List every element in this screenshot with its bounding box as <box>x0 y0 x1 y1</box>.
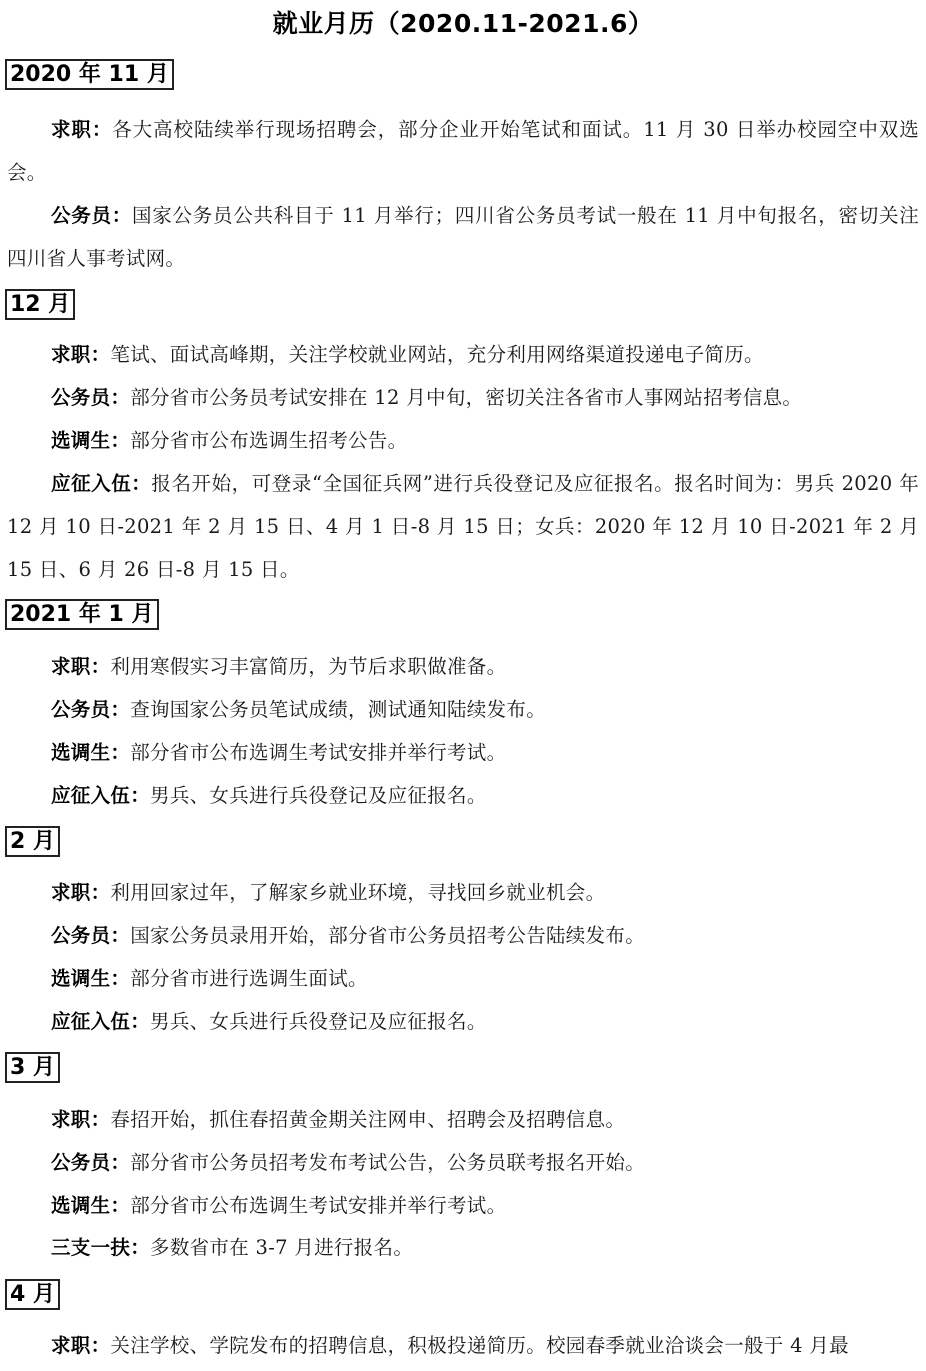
entry-text: 部分省市公布选调生考试安排并举行考试。 <box>130 1194 506 1217</box>
entry-label: 求职： <box>51 655 110 678</box>
entry-three-supports-one-aid: 三支一扶：多数省市在 3-7 月进行报名。 <box>7 1226 919 1269</box>
entry-text: 部分省市公务员招考发布考试公告，公务员联考报名开始。 <box>130 1151 645 1174</box>
month-heading-02: 2 月 <box>5 826 60 857</box>
entry-label: 求职： <box>51 881 110 904</box>
entry-text: 部分省市进行选调生面试。 <box>130 967 368 990</box>
entry-civil-servant: 公务员：查询国家公务员笔试成绩，测试通知陆续发布。 <box>7 688 919 731</box>
entry-text: 部分省市公务员考试安排在 12 月中旬，密切关注各省市人事网站招考信息。 <box>130 386 802 409</box>
entry-text: 查询国家公务员笔试成绩，测试通知陆续发布。 <box>130 698 546 721</box>
entry-text: 春招开始，抓住春招黄金期关注网申、招聘会及招聘信息。 <box>110 1108 625 1131</box>
entry-job-seeking: 求职：利用回家过年，了解家乡就业环境，寻找回乡就业机会。 <box>7 871 919 914</box>
entry-label: 选调生： <box>51 1194 130 1217</box>
entry-label: 应征入伍： <box>51 784 150 807</box>
entry-label: 三支一扶： <box>51 1236 150 1259</box>
entry-label: 求职： <box>51 1108 110 1131</box>
entry-text: 关注学校、学院发布的招聘信息，积极投递简历。校园春季就业洽谈会一般于 4 月最 <box>110 1334 849 1357</box>
entry-selected-graduate: 选调生：部分省市公布选调生考试安排并举行考试。 <box>7 731 919 774</box>
entry-label: 选调生： <box>51 741 130 764</box>
month-heading-03: 3 月 <box>5 1052 60 1083</box>
entry-text: 部分省市公布选调生考试安排并举行考试。 <box>130 741 506 764</box>
entry-enlistment: 应征入伍：男兵、女兵进行兵役登记及应征报名。 <box>7 774 919 817</box>
entry-job-seeking: 求职：各大高校陆续举行现场招聘会，部分企业开始笔试和面试。11 月 30 日举办… <box>7 108 919 194</box>
entry-text: 利用回家过年，了解家乡就业环境，寻找回乡就业机会。 <box>110 881 605 904</box>
entry-label: 公务员： <box>51 204 132 227</box>
entry-enlistment: 应征入伍：报名开始，可登录“全国征兵网”进行兵役登记及应征报名。报名时间为：男兵… <box>7 462 919 591</box>
entry-text: 各大高校陆续举行现场招聘会，部分企业开始笔试和面试。11 月 30 日举办校园空… <box>7 118 919 184</box>
entry-label: 应征入伍： <box>51 472 151 495</box>
entry-selected-graduate: 选调生：部分省市进行选调生面试。 <box>7 957 919 1000</box>
entry-text: 男兵、女兵进行兵役登记及应征报名。 <box>150 1010 487 1033</box>
entry-enlistment: 应征入伍：男兵、女兵进行兵役登记及应征报名。 <box>7 1000 919 1043</box>
entry-label: 求职： <box>51 118 112 141</box>
entry-label: 公务员： <box>51 1151 130 1174</box>
document-title: 就业月历（2020.11-2021.6） <box>0 6 926 42</box>
entry-civil-servant: 公务员：部分省市公务员招考发布考试公告，公务员联考报名开始。 <box>7 1141 919 1184</box>
entry-civil-servant: 公务员：国家公务员录用开始，部分省市公务员招考公告陆续发布。 <box>7 914 919 957</box>
entry-text: 利用寒假实习丰富简历，为节后求职做准备。 <box>110 655 506 678</box>
month-heading-12: 12 月 <box>5 289 75 320</box>
month-heading-2020-11: 2020 年 11 月 <box>5 59 174 90</box>
entry-label: 选调生： <box>51 429 130 452</box>
entry-text: 男兵、女兵进行兵役登记及应征报名。 <box>150 784 487 807</box>
entry-label: 公务员： <box>51 698 130 721</box>
entry-job-seeking: 求职：利用寒假实习丰富简历，为节后求职做准备。 <box>7 645 919 688</box>
entry-civil-servant: 公务员：国家公务员公共科目于 11 月举行；四川省公务员考试一般在 11 月中旬… <box>7 194 919 280</box>
entry-text: 多数省市在 3-7 月进行报名。 <box>150 1236 413 1259</box>
entry-label: 公务员： <box>51 924 130 947</box>
entry-label: 应征入伍： <box>51 1010 150 1033</box>
entry-label: 求职： <box>51 343 110 366</box>
entry-job-seeking: 求职：春招开始，抓住春招黄金期关注网申、招聘会及招聘信息。 <box>7 1098 919 1141</box>
entry-text: 笔试、面试高峰期，关注学校就业网站，充分利用网络渠道投递电子简历。 <box>110 343 763 366</box>
entry-text: 国家公务员公共科目于 11 月举行；四川省公务员考试一般在 11 月中旬报名，密… <box>7 204 919 270</box>
entry-selected-graduate: 选调生：部分省市公布选调生考试安排并举行考试。 <box>7 1184 919 1227</box>
entry-label: 公务员： <box>51 386 130 409</box>
month-heading-2021-01: 2021 年 1 月 <box>5 599 159 630</box>
month-heading-04: 4 月 <box>5 1279 60 1310</box>
entry-text: 国家公务员录用开始，部分省市公务员招考公告陆续发布。 <box>130 924 645 947</box>
entry-label: 选调生： <box>51 967 130 990</box>
entry-text: 部分省市公布选调生招考公告。 <box>130 429 407 452</box>
entry-job-seeking: 求职：笔试、面试高峰期，关注学校就业网站，充分利用网络渠道投递电子简历。 <box>7 333 919 376</box>
entry-civil-servant: 公务员：部分省市公务员考试安排在 12 月中旬，密切关注各省市人事网站招考信息。 <box>7 376 919 419</box>
entry-selected-graduate: 选调生：部分省市公布选调生招考公告。 <box>7 419 919 462</box>
entry-job-seeking: 求职：关注学校、学院发布的招聘信息，积极投递简历。校园春季就业洽谈会一般于 4 … <box>7 1324 919 1367</box>
entry-label: 求职： <box>51 1334 110 1357</box>
